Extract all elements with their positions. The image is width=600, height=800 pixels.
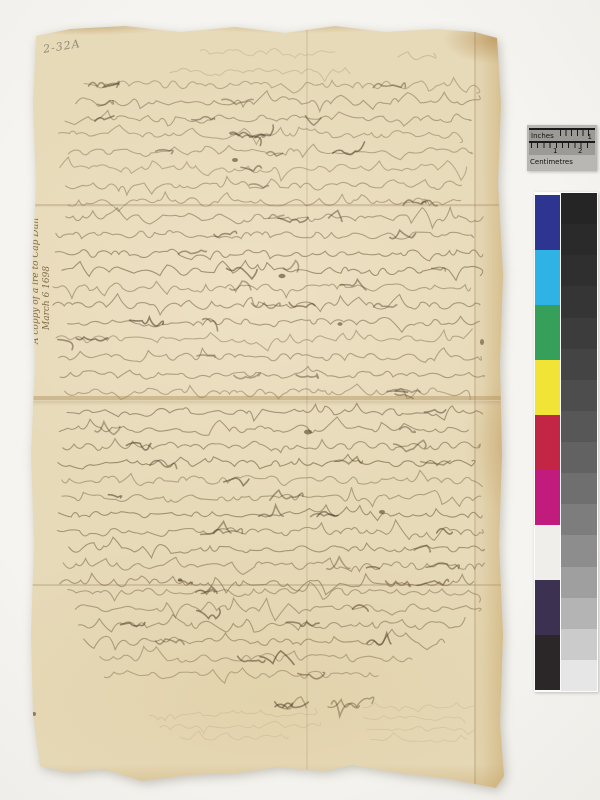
handwriting-line	[67, 403, 483, 421]
handwriting-accent	[260, 651, 294, 665]
ink-blot	[279, 274, 286, 278]
grayscale-step-column	[561, 193, 597, 691]
cm-scale-row: 1 2	[529, 141, 595, 155]
cm-tick-marks	[531, 143, 593, 148]
fold-crease-horizontal-bottom	[30, 584, 508, 586]
color-patch-blue	[535, 195, 560, 250]
gray-step-1	[561, 193, 597, 224]
color-calibration-chart	[534, 192, 598, 692]
handwriting-line	[57, 520, 483, 540]
gray-step-4	[561, 286, 597, 317]
handwriting-line	[100, 646, 412, 662]
color-patch-dark-violet	[535, 580, 560, 635]
handwriting-line	[398, 52, 436, 60]
handwriting-line	[84, 78, 480, 94]
handwriting-line	[150, 709, 317, 721]
handwriting-accent	[331, 701, 359, 717]
handwriting-accent	[178, 250, 206, 254]
handwriting-line	[53, 281, 471, 298]
handwriting-line	[66, 177, 462, 196]
handwriting-line	[76, 91, 481, 112]
handwriting-accent	[196, 589, 215, 594]
handwriting-line	[79, 615, 466, 633]
handwriting-accent	[259, 505, 284, 516]
inch-tick-label-1: 1	[588, 133, 592, 141]
gray-step-9	[561, 442, 597, 473]
fold-crease-horizontal-middle	[30, 396, 508, 401]
handwriting-line	[55, 249, 483, 261]
ink-blot	[32, 712, 36, 716]
handwriting-accent	[255, 125, 273, 138]
handwriting-accent	[424, 410, 445, 413]
gray-step-13	[561, 567, 597, 598]
side-annotation-line2: March 6 1698	[42, 194, 53, 344]
cm-tick-label-1: 1	[553, 147, 557, 155]
handwriting-line	[66, 207, 483, 228]
handwriting-line	[63, 557, 484, 574]
ink-blot	[338, 322, 343, 326]
color-patch-white	[535, 525, 560, 580]
handwriting-accent	[335, 457, 363, 464]
handwriting-accent	[58, 340, 73, 350]
folded-edge-strip	[476, 24, 508, 790]
gray-step-2	[561, 224, 597, 255]
handwriting-line	[200, 49, 335, 58]
archival-side-annotation: A coppy of a lre to Cap Dun March 6 1698	[31, 194, 57, 344]
gray-step-14	[561, 598, 597, 629]
handwriting-accent	[367, 633, 391, 645]
color-patch-cyan	[535, 250, 560, 305]
handwriting-line	[170, 68, 350, 82]
handwriting-line	[58, 455, 475, 470]
side-annotation-line1: A coppy of a lre to Cap Dun	[31, 218, 41, 344]
color-patch-black	[535, 635, 560, 690]
manuscript-page: 2-32A A coppy of a lre to Cap Dun March …	[30, 24, 508, 790]
handwriting-accent	[432, 268, 446, 271]
handwriting-line	[63, 439, 480, 453]
handwriting-accent	[289, 302, 315, 307]
handwriting-accent	[340, 279, 366, 290]
fold-crease-vertical-center	[306, 24, 308, 790]
handwriting-line	[59, 417, 468, 435]
color-patch-column	[535, 195, 560, 690]
handwriting-line	[60, 367, 484, 380]
handwriting-accent	[108, 495, 121, 498]
gray-step-10	[561, 473, 597, 504]
fold-crease-horizontal-top	[30, 204, 508, 207]
handwriting-accent	[395, 391, 407, 392]
ink-showthrough-writing	[30, 24, 508, 790]
handwriting-line	[104, 668, 378, 683]
handwriting-line	[69, 537, 485, 558]
color-patch-red	[535, 415, 560, 470]
color-patch-yellow	[535, 360, 560, 415]
photograph: 2-32A A coppy of a lre to Cap Dun March …	[0, 0, 600, 800]
handwriting-accent	[130, 317, 164, 326]
handwriting-accent	[374, 304, 397, 308]
handwriting-line	[59, 348, 482, 362]
handwriting-accent	[333, 142, 365, 154]
handwriting-accent	[203, 319, 218, 331]
handwriting-accent	[329, 211, 343, 222]
handwriting-line	[53, 294, 480, 315]
handwriting-accent	[270, 490, 303, 500]
handwriting-accent	[414, 546, 430, 552]
handwriting-line	[68, 316, 480, 332]
inches-label: Inches	[531, 132, 554, 140]
handwriting-accent	[227, 268, 258, 279]
ink-blot	[178, 578, 182, 581]
handwriting-accent	[192, 117, 215, 120]
paper-sheet: 2-32A A coppy of a lre to Cap Dun March …	[30, 24, 508, 790]
handwriting-line	[75, 598, 481, 621]
gray-step-5	[561, 318, 597, 349]
gray-step-8	[561, 411, 597, 442]
ruler: Inches 1 1 2	[529, 128, 595, 155]
color-patch-magenta	[535, 470, 560, 525]
gray-step-6	[561, 349, 597, 380]
gray-step-15	[561, 629, 597, 660]
ink-blot	[379, 510, 385, 514]
handwriting-line	[160, 721, 320, 733]
centimetres-label: Centimetres	[530, 158, 573, 166]
color-patch-green	[535, 305, 560, 360]
handwriting-line	[62, 261, 483, 281]
handwriting-line	[65, 111, 471, 127]
gray-step-7	[561, 380, 597, 411]
handwriting-line	[364, 715, 466, 723]
gray-step-11	[561, 504, 597, 535]
gray-step-12	[561, 535, 597, 566]
scale-ruler-card: Inches 1 1 2 Centimetres	[527, 125, 597, 171]
gray-step-16	[561, 660, 597, 691]
handwriting-line	[84, 629, 445, 649]
handwriting-line	[60, 157, 467, 181]
handwriting-line	[371, 733, 468, 742]
gray-step-3	[561, 255, 597, 286]
handwriting-line	[328, 697, 374, 707]
handwriting-accent	[394, 440, 426, 451]
handwriting-accent	[150, 460, 177, 468]
handwriting-line	[180, 731, 288, 740]
handwriting-line	[56, 329, 472, 351]
ink-blot	[232, 158, 238, 162]
handwriting-line	[62, 471, 482, 487]
handwriting-accent	[241, 166, 261, 171]
cm-tick-label-2: 2	[578, 147, 582, 155]
handwriting-line	[367, 727, 475, 735]
handwriting-line	[59, 505, 483, 521]
handwriting-line	[363, 703, 474, 712]
handwriting-accent	[98, 101, 114, 105]
